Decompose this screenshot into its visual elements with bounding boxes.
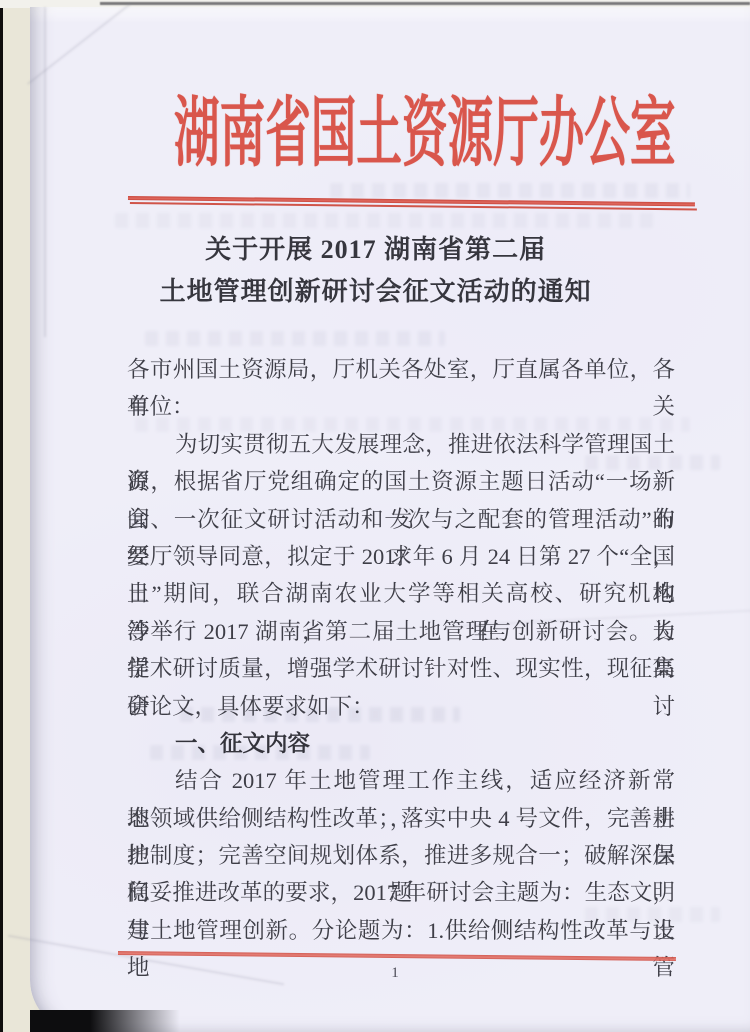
- paper-top-edge-shadow: [100, 2, 750, 5]
- paper-crease: [27, 3, 131, 85]
- body-text: 各市州国土资源局，厅机关各处室，厅直属各单位，各有关单位：为切实贯彻五大发展理念…: [127, 351, 675, 949]
- showthrough-smudge: [115, 213, 655, 228]
- page-number: 1: [383, 965, 407, 982]
- body-line: 为切实贯彻五大发展理念，推进依法科学管理国土资: [127, 426, 675, 463]
- scan-canvas: 湖南省国土资源厅办公室 关于开展 2017 湖南省第二届 土地管理创新研讨会征文…: [0, 0, 750, 1032]
- body-line: 各市州国土资源局，厅机关各处室，厅直属各单位，各有关: [127, 351, 675, 388]
- scan-corner-shadow: [30, 1010, 180, 1032]
- document-page: 湖南省国土资源厅办公室 关于开展 2017 湖南省第二届 土地管理创新研讨会征文…: [30, 7, 750, 1032]
- body-line: 源，根据省厅党组确定的国土资源主题日活动“一场新闻发布: [127, 463, 675, 500]
- body-line: 会、一次征文研讨活动和一次与之配套的管理活动”的要求，: [127, 501, 675, 538]
- body-line: 一、征文内容: [127, 725, 675, 762]
- body-line: 地领域供给侧结构性改革；落实中央 4 号文件，完善耕地保: [127, 800, 675, 837]
- document-title-line2: 土地管理创新研讨会征文活动的通知: [30, 271, 721, 313]
- body-line: 护制度；完善空间规划体系，推进多规合一；破解深层问题，: [127, 837, 675, 874]
- body-line: 结合 2017 年土地管理工作主线，适应经济新常态，土: [127, 762, 675, 799]
- body-line: 日”期间，联合湖南农业大学等相关高校、研究机构等，在长: [127, 575, 675, 612]
- document-title: 关于开展 2017 湖南省第二届 土地管理创新研讨会征文活动的通知: [30, 229, 721, 313]
- showthrough-smudge: [145, 331, 445, 346]
- letterhead-title: 湖南省国土资源厅办公室: [174, 93, 606, 177]
- body-line: 沙举行 2017 湖南省第二届土地管理与创新研讨会。为提高: [127, 613, 675, 650]
- body-line: 稳妥推进改革的要求，2017 年研讨会主题为：生态文明建设: [127, 874, 675, 911]
- body-line: 与土地管理创新。分论题为：1.供给侧结构性改革与土地管: [127, 912, 675, 949]
- body-line: 经厅领导同意，拟定于 2017 年 6 月 24 日第 27 个“全国土地: [127, 538, 675, 575]
- showthrough-smudge: [330, 183, 690, 198]
- document-title-line1: 关于开展 2017 湖南省第二届: [30, 229, 721, 271]
- body-line: 学术研讨质量，增强学术研讨针对性、现实性，现征集研讨: [127, 650, 675, 687]
